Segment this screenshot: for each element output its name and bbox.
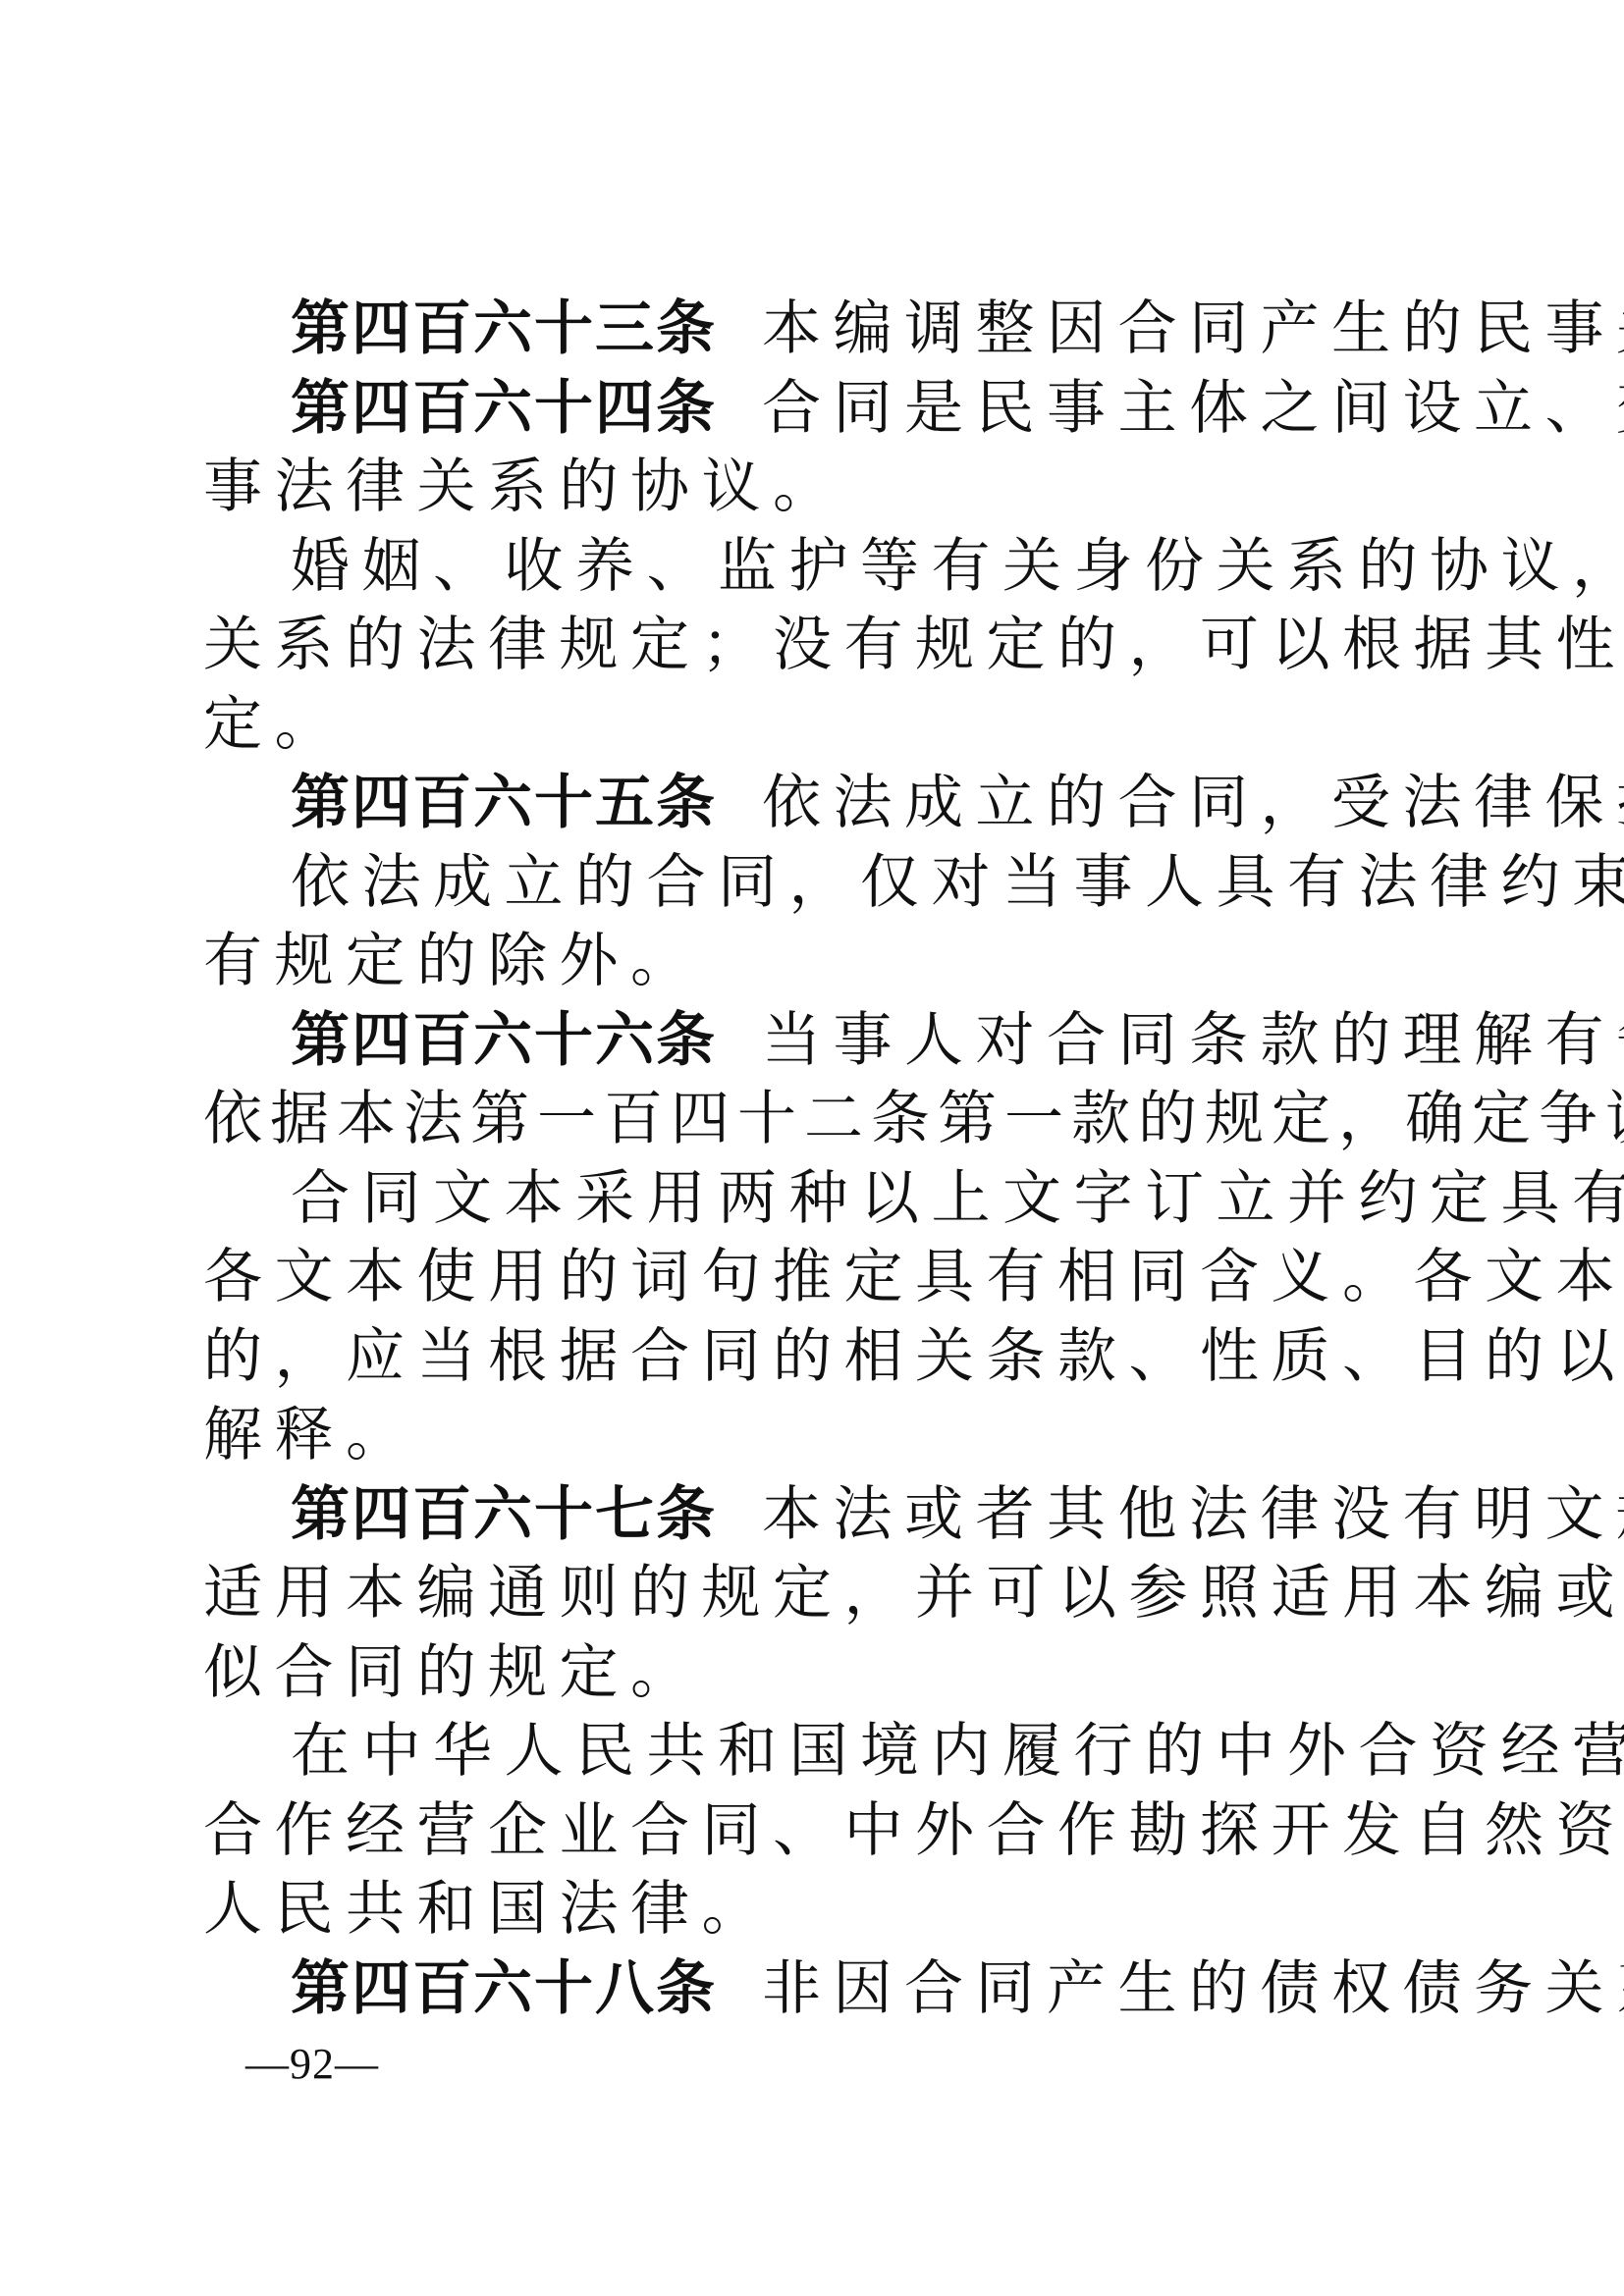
article-text: 当事人对合同条款的理解有争议的，应当: [762, 1006, 1624, 1075]
article-467-line: 第四百六十七条本法或者其他法律没有明文规定的合同，: [291, 1483, 1430, 1546]
article-464-line: 第四百六十四条合同是民事主体之间设立、变更、终止民: [291, 377, 1430, 440]
text-line: 关系的法律规定；没有规定的，可以根据其性质参照适用本编规: [203, 614, 1431, 676]
article-text: 本法或者其他法律没有明文规定的合同，: [762, 1480, 1624, 1549]
text-line: 合同文本采用两种以上文字订立并约定具有同等效力的，对: [291, 1167, 1430, 1230]
article-text: 依法成立的合同，受法律保护。: [762, 769, 1624, 837]
document-page: 第四百六十三条本编调整因合同产生的民事关系。 第四百六十四条合同是民事主体之间设…: [0, 0, 1624, 2296]
article-465-line: 第四百六十五条依法成立的合同，受法律保护。: [291, 772, 1430, 834]
text-line: 适用本编通则的规定，并可以参照适用本编或者其他法律最相类: [203, 1562, 1431, 1625]
text-line: 人民共和国法律。: [203, 1878, 1431, 1941]
text-line: 似合同的规定。: [203, 1641, 1431, 1704]
article-466-line: 第四百六十六条当事人对合同条款的理解有争议的，应当: [291, 1009, 1430, 1072]
article-text: 合同是民事主体之间设立、变更、终止民: [762, 374, 1624, 443]
text-line: 依法成立的合同，仅对当事人具有法律约束力，但是法律另: [291, 851, 1430, 914]
text-line: 定。: [203, 693, 1431, 756]
article-text: 非因合同产生的债权债务关系，适用有关: [762, 1954, 1624, 2023]
article-text: 本编调整因合同产生的民事关系。: [762, 294, 1624, 363]
text-line: 各文本使用的词句推定具有相同含义。各文本使用的词句不一致: [203, 1246, 1431, 1308]
text-line: 在中华人民共和国境内履行的中外合资经营企业合同、中外: [291, 1720, 1430, 1783]
article-463-line: 第四百六十三条本编调整因合同产生的民事关系。: [291, 297, 1430, 360]
article-heading: 第四百六十三条: [291, 294, 717, 363]
page-number: —92—: [245, 2040, 379, 2089]
article-heading: 第四百六十五条: [291, 769, 717, 837]
text-line: 事法律关系的协议。: [203, 455, 1431, 518]
article-heading: 第四百六十六条: [291, 1006, 717, 1075]
text-line: 婚姻、收养、监护等有关身份关系的协议，适用有关该身份: [291, 535, 1430, 598]
text-line: 的，应当根据合同的相关条款、性质、目的以及诚信原则等予以: [203, 1325, 1431, 1388]
article-heading: 第四百六十四条: [291, 374, 717, 443]
text-line: 有规定的除外。: [203, 930, 1431, 992]
text-line: 解释。: [203, 1404, 1431, 1467]
article-heading: 第四百六十八条: [291, 1954, 717, 2023]
text-line: 依据本法第一百四十二条第一款的规定，确定争议条款的含义。: [203, 1088, 1431, 1150]
article-heading: 第四百六十七条: [291, 1480, 717, 1549]
article-468-line: 第四百六十八条非因合同产生的债权债务关系，适用有关: [291, 1957, 1430, 2020]
text-line: 合作经营企业合同、中外合作勘探开发自然资源合同，适用中华: [203, 1799, 1431, 1862]
